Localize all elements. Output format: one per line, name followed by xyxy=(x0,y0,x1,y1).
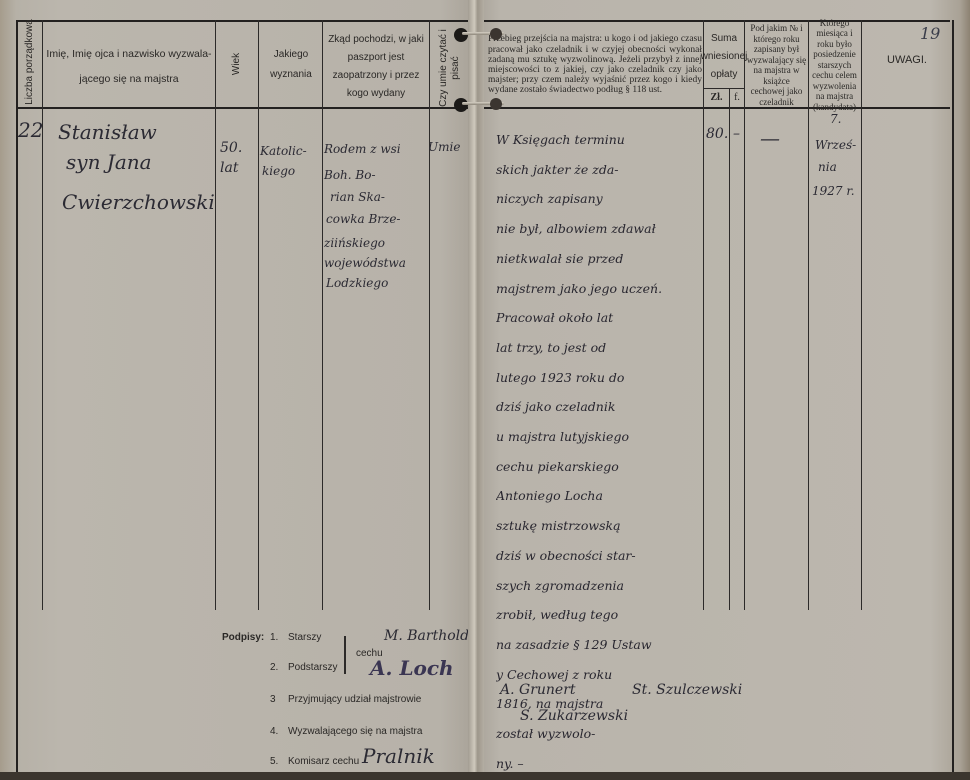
signature-grunert: A. Grunert xyxy=(500,682,576,698)
entry-origin-line-3: rian Ska- xyxy=(330,190,385,204)
sig-text-2: Podstarszy xyxy=(288,662,337,673)
header-remarks: UWAGI. xyxy=(862,50,952,70)
sig-num-2: 2. xyxy=(270,662,278,673)
signature-zukarzewski: S. Zukarzewski xyxy=(520,708,628,724)
header-fee-zl: Zł. xyxy=(704,90,729,106)
col-line-fee-split xyxy=(729,88,730,610)
sig-text-4: Wyzwalającego się na majstra xyxy=(288,726,422,737)
col-line-3 xyxy=(258,20,259,610)
course-line: majstrem jako jego uczeń. xyxy=(496,274,706,304)
col-line-remarks xyxy=(861,20,862,610)
entry-number: 22 xyxy=(18,118,43,142)
entry-literacy: Umie xyxy=(428,140,460,154)
course-line: Antoniego Locha xyxy=(496,481,706,511)
header-fee: Suma wniesionej opłaty xyxy=(704,28,744,86)
entry-name-line-3: Cwierzchowski xyxy=(62,190,215,214)
header-bottom-border xyxy=(480,107,950,109)
col-line-5 xyxy=(429,20,430,610)
book-bottom-edge xyxy=(0,772,970,780)
entry-fee-zl: 80. xyxy=(706,126,728,142)
course-line: zrobił, według tego xyxy=(496,600,706,630)
entry-session-line-3: nia xyxy=(818,160,837,174)
sig-num-5: 5. xyxy=(270,756,278,767)
course-line: Pracował około lat xyxy=(496,303,706,333)
entry-name-line-1: Stanisław xyxy=(58,120,157,144)
course-line: na zasadzie § 129 Ustaw xyxy=(496,630,706,660)
header-register: Pod jakim № i którego roku zapisany był … xyxy=(746,26,807,104)
course-line: niczych zapisany xyxy=(496,184,706,214)
course-line: sztukę mistrzowską xyxy=(496,511,706,541)
table-top-border xyxy=(480,20,950,22)
entry-religion-line-2: kiego xyxy=(262,164,295,178)
entry-religion-line-1: Katolic- xyxy=(260,144,307,158)
bracket-icon xyxy=(344,636,346,674)
entry-course-text: W Księgach terminu skich jakter że zda- … xyxy=(496,125,706,778)
binding-hole-icon xyxy=(490,98,502,110)
entry-age-line-1: 50. xyxy=(220,140,242,156)
course-line: dziś w obecności star- xyxy=(496,541,706,571)
entry-name-line-2: syn Jana xyxy=(66,150,152,174)
fee-subheader-line xyxy=(703,88,744,89)
sig-num-4: 4. xyxy=(270,726,278,737)
header-course: Przebieg przejścia na majstra: u kogo i … xyxy=(488,26,702,104)
course-line: dziś jako czeladnik xyxy=(496,392,706,422)
entry-fee-gr: – xyxy=(733,126,740,142)
sig-num-1: 1. xyxy=(270,632,278,643)
signature-komisarz: Pralnik xyxy=(362,744,435,768)
entry-origin-line-4: cowka Brze- xyxy=(326,212,401,226)
signatures-label: Podpisy: xyxy=(222,632,264,643)
sig-text-5: Komisarz cechu xyxy=(288,756,359,767)
header-number: Liczba porządkowa xyxy=(24,17,36,107)
sig-text-1: Starszy xyxy=(288,632,321,643)
left-page: Liczba porządkowa Imię, Imię ojca i nazw… xyxy=(0,0,470,778)
entry-session-line-4: 1927 r. xyxy=(812,184,855,198)
course-line: nietkwalał sie przed xyxy=(496,244,706,274)
header-name: Imię, Imię ojca i nazwisko wyzwala-jąceg… xyxy=(45,32,213,102)
course-line: lutego 1923 roku do xyxy=(496,363,706,393)
sig-num-3: 3 xyxy=(270,694,276,705)
entry-session-line-2: Wrześ- xyxy=(815,138,856,152)
col-line-2 xyxy=(215,20,216,610)
col-line-register xyxy=(744,20,745,610)
binding-hole-icon xyxy=(490,28,502,40)
entry-register: — xyxy=(760,126,780,150)
course-line: u majstra lutyjskiego xyxy=(496,422,706,452)
entry-origin-line-5: ziińskiego xyxy=(324,236,385,250)
table-right-border xyxy=(952,20,954,775)
course-line: skich jakter że zda- xyxy=(496,155,706,185)
entry-origin-line-1: Rodem z wsi xyxy=(324,142,401,156)
entry-session-line-1: 7. xyxy=(830,112,841,126)
header-religion: Jakiego wyznania xyxy=(262,40,320,90)
header-bottom-border xyxy=(16,107,470,109)
binding-hole-icon xyxy=(454,98,468,112)
entry-origin-line-7: Lodzkiego xyxy=(326,276,388,290)
course-line: lat trzy, to jest od xyxy=(496,333,706,363)
signature-starszy: M. Barthold xyxy=(384,628,469,644)
header-origin: Zkąd pochodzi, w jaki paszport jest zaop… xyxy=(325,32,427,102)
book-spine xyxy=(468,0,484,780)
entry-origin-line-6: wojewódstwa xyxy=(324,256,406,270)
course-line: szych zgromadzenia xyxy=(496,571,706,601)
entry-origin-line-2: Boh. Bo- xyxy=(324,168,376,182)
sig-text-3: Przyjmujący udział majstrowie xyxy=(288,694,421,705)
table-top-border xyxy=(16,20,470,22)
course-line: cechu piekarskiego xyxy=(496,452,706,482)
course-line: nie był, albowiem zdawał xyxy=(496,214,706,244)
entry-age-line-2: lat xyxy=(220,160,238,176)
binding-hole-icon xyxy=(454,28,468,42)
header-fee-gr: f. xyxy=(730,90,744,106)
course-line: W Księgach terminu xyxy=(496,125,706,155)
signature-podstarszy: A. Loch xyxy=(370,656,454,680)
col-line-1 xyxy=(42,20,43,610)
col-line-4 xyxy=(322,20,323,610)
header-session: Którego miesiąca i roku było posiedzenie… xyxy=(809,24,860,106)
header-age: Wiek xyxy=(231,34,243,94)
page-number: 19 xyxy=(920,24,940,43)
signature-szulczewski: St. Szulczewski xyxy=(632,682,742,698)
